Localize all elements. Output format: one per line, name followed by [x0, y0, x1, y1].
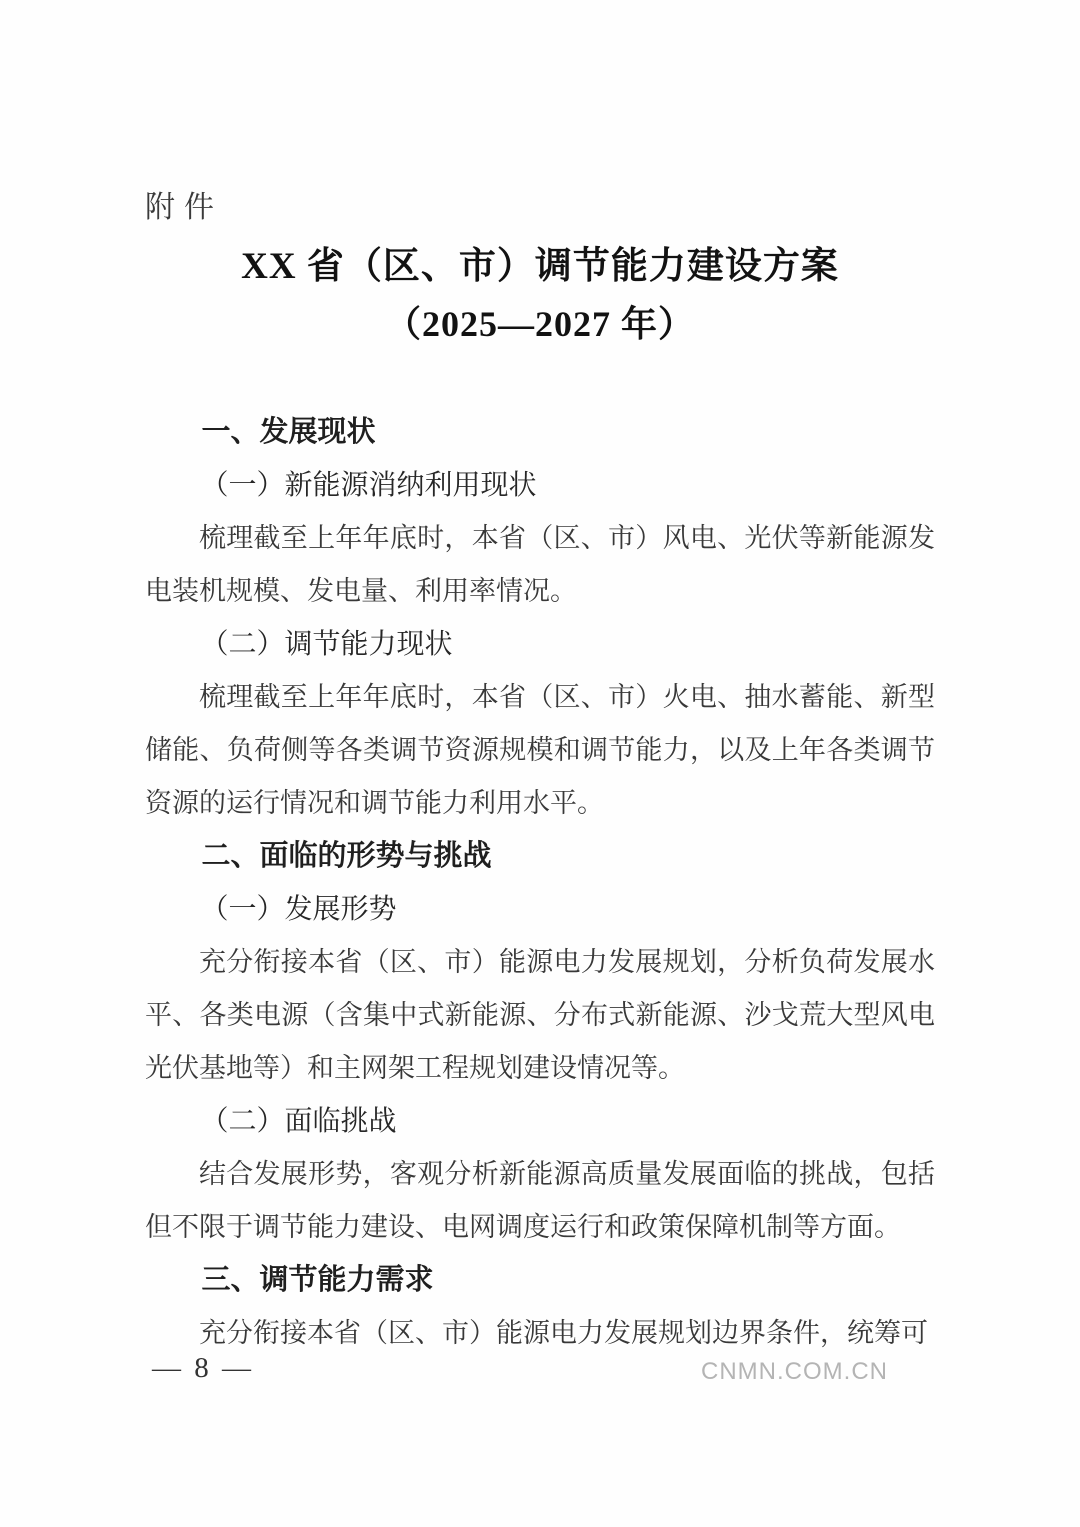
document-title-line2: （2025—2027 年） — [145, 296, 935, 352]
document-title-line1: XX 省（区、市）调节能力建设方案 — [145, 238, 935, 296]
subsection-heading: （二）调节能力现状 — [145, 618, 935, 671]
document-page: 附件 XX 省（区、市）调节能力建设方案 （2025—2027 年） 一、发展现… — [0, 0, 1080, 1527]
paragraph: 结合发展形势，客观分析新能源高质量发展面临的挑战，包括但不限于调节能力建设、电网… — [145, 1148, 935, 1254]
section-heading: 二、面临的形势与挑战 — [145, 830, 935, 883]
subsection-heading: （二）面临挑战 — [145, 1095, 935, 1148]
attachment-label: 附件 — [145, 190, 935, 226]
paragraph: 梳理截至上年年底时，本省（区、市）风电、光伏等新能源发电装机规模、发电量、利用率… — [145, 512, 935, 618]
section-heading: 一、发展现状 — [145, 406, 935, 459]
watermark: CNMN.COM.CN — [701, 1358, 888, 1386]
page-number: — 8 — — [152, 1352, 254, 1385]
subsection-heading: （一）新能源消纳利用现状 — [145, 459, 935, 512]
document-content: 附件 XX 省（区、市）调节能力建设方案 （2025—2027 年） 一、发展现… — [0, 0, 1080, 1527]
paragraph: 充分衔接本省（区、市）能源电力发展规划，分析负荷发展水平、各类电源（含集中式新能… — [145, 936, 935, 1095]
document-body: 一、发展现状 （一）新能源消纳利用现状 梳理截至上年年底时，本省（区、市）风电、… — [145, 406, 935, 1360]
paragraph: 充分衔接本省（区、市）能源电力发展规划边界条件，统筹可 — [145, 1307, 935, 1360]
section-heading: 三、调节能力需求 — [145, 1254, 935, 1307]
paragraph: 梳理截至上年年底时，本省（区、市）火电、抽水蓄能、新型储能、负荷侧等各类调节资源… — [145, 671, 935, 830]
subsection-heading: （一）发展形势 — [145, 883, 935, 936]
